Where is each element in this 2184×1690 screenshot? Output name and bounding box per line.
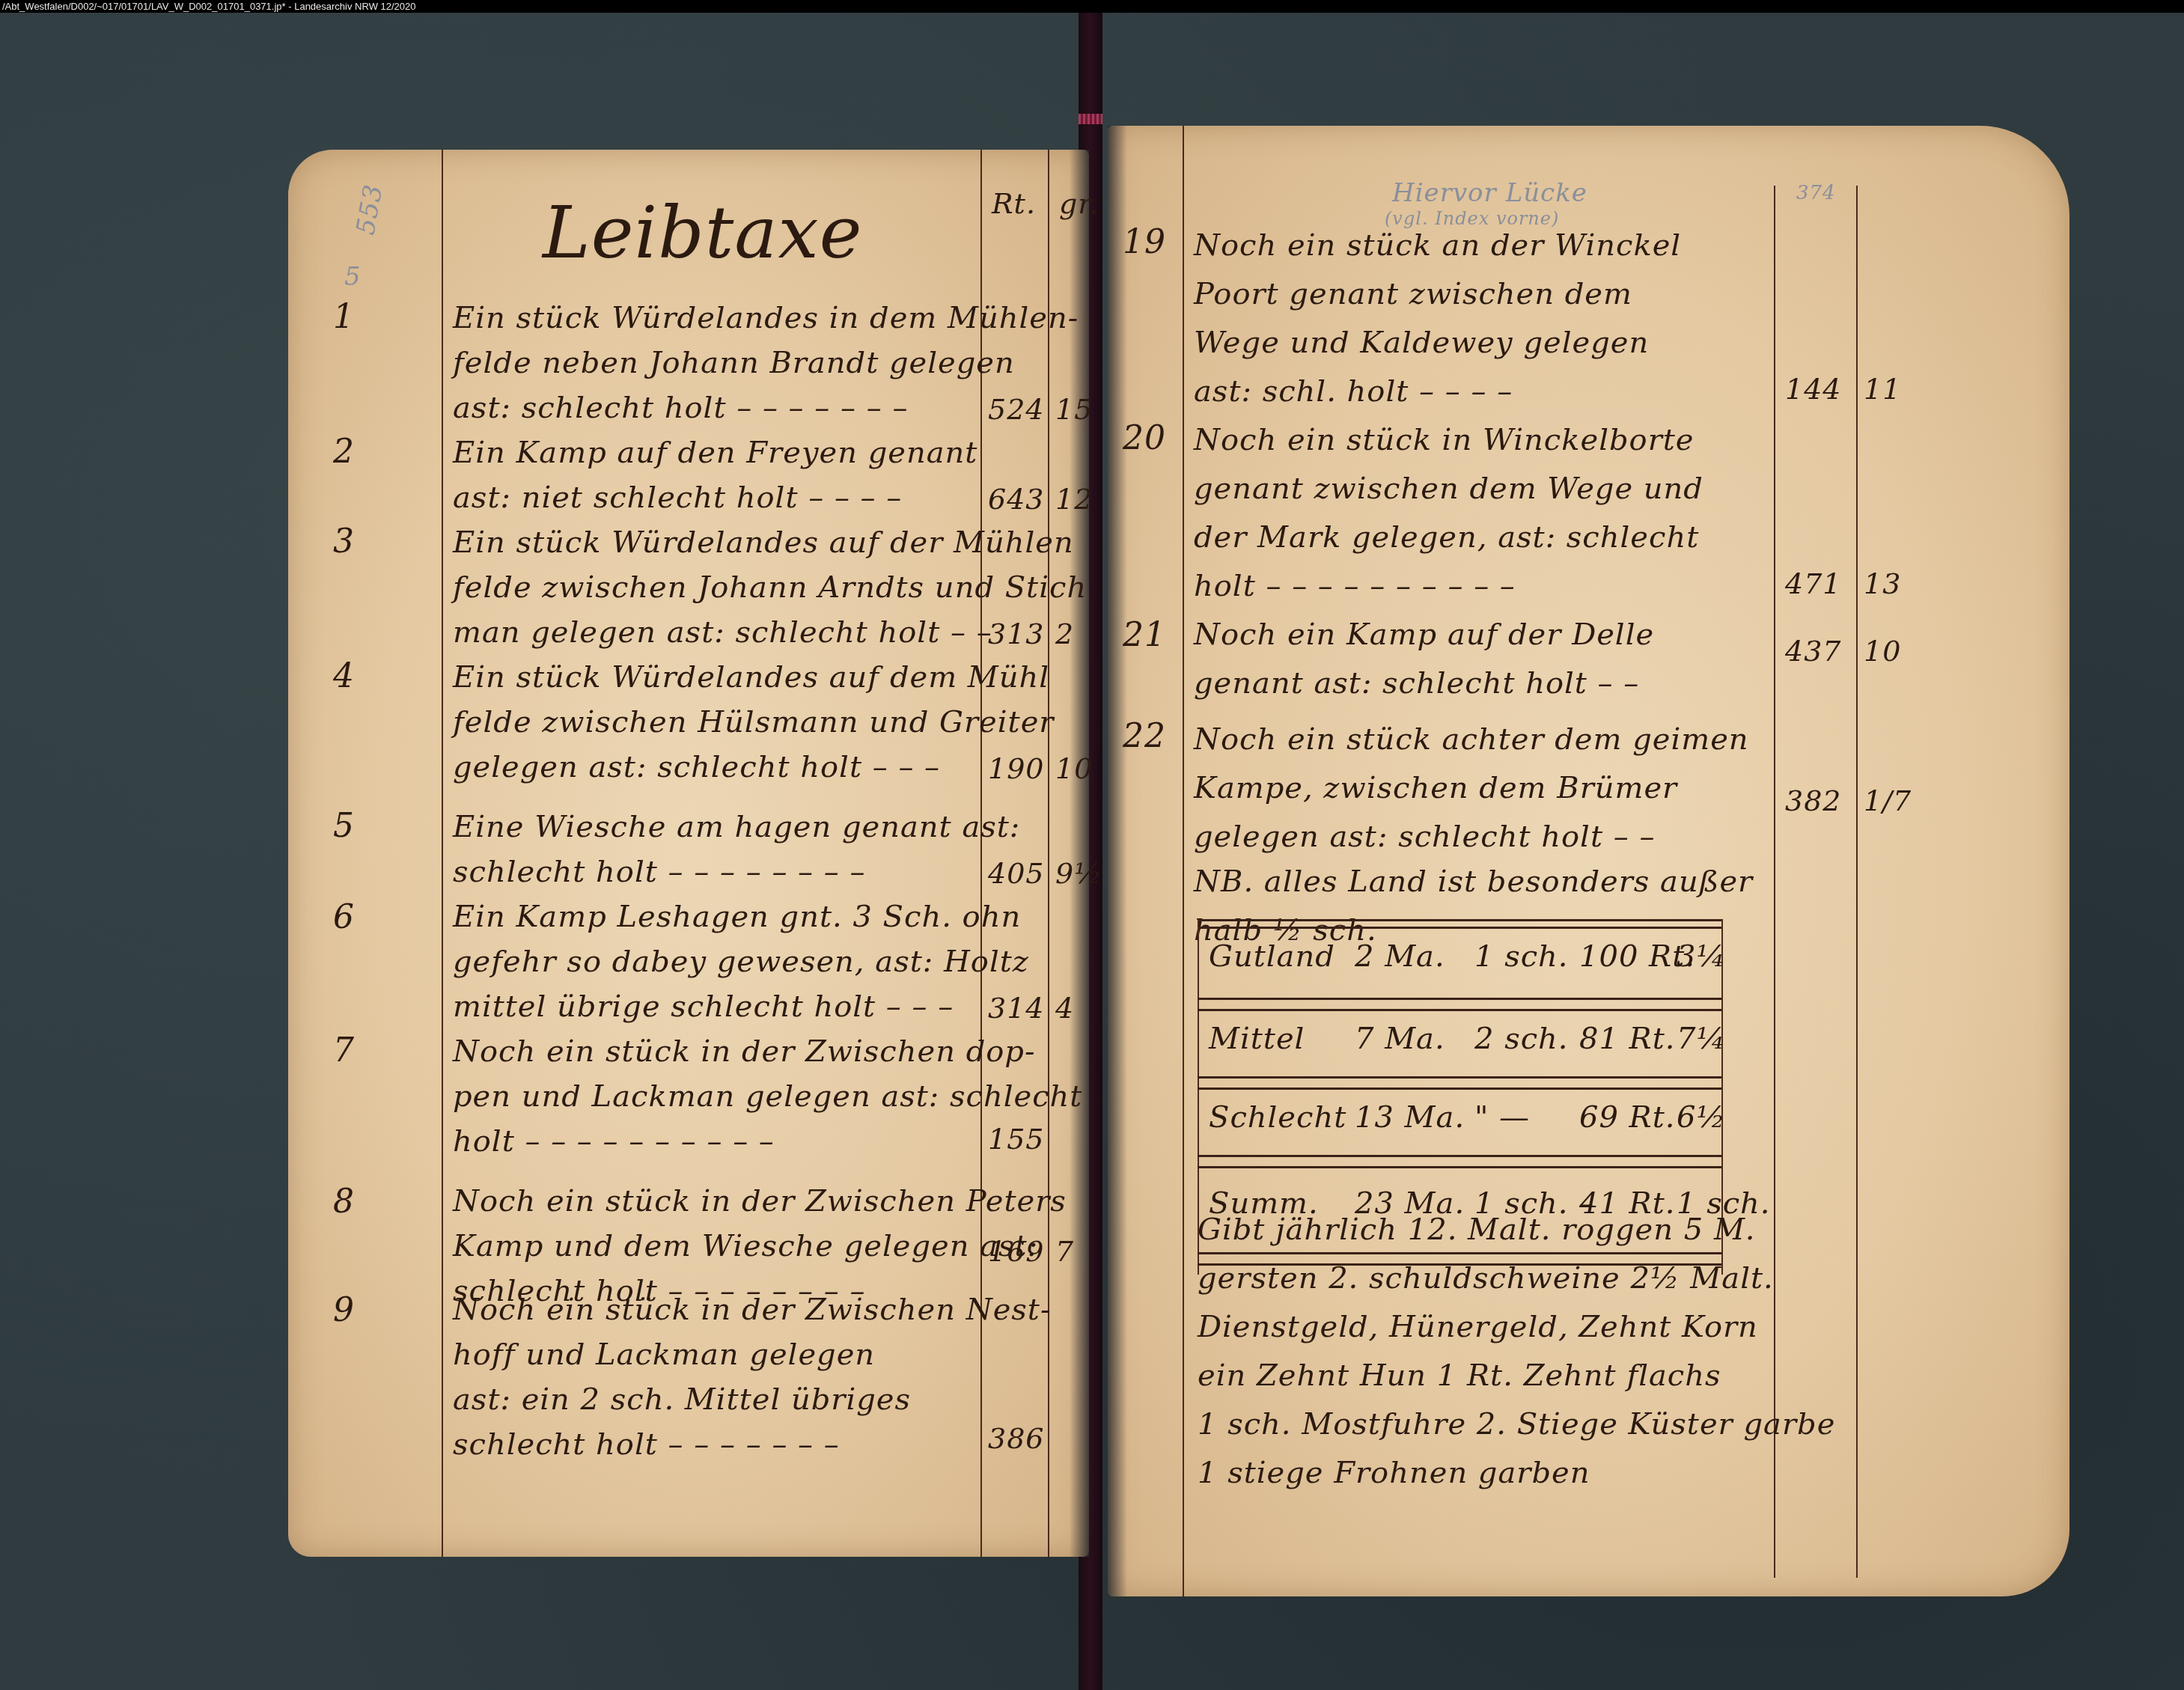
entry-number: 6 xyxy=(333,898,355,936)
entry-sub-amount: 10 xyxy=(1864,635,1901,668)
entry-line: Kamp und dem Wiesche gelegen ast: xyxy=(453,1231,1038,1261)
entry-line: Noch ein stück in der Zwischen Nest- xyxy=(453,1295,1051,1325)
row-fraction: 7¼ xyxy=(1677,1024,1726,1054)
pencil-mark: 553 xyxy=(350,182,388,237)
entry-number: 9 xyxy=(333,1291,355,1329)
entry-line: ast: schlecht holt – – – – – – – xyxy=(453,393,908,423)
entry-amount: 386 xyxy=(988,1422,1045,1455)
entry-number: 5 xyxy=(333,807,355,845)
row-value: 69 Rt. xyxy=(1579,1102,1676,1132)
paragraph-line: Gibt jährlich 12. Malt. roggen 5 M. xyxy=(1198,1215,1756,1245)
entry-line: gelegen ast: schlecht holt – – xyxy=(1194,822,1655,852)
entry-number: 4 xyxy=(333,657,355,695)
entry-line: Kampe, zwischen dem Brümer xyxy=(1194,773,1677,803)
entry-line: mittel übrige schlecht holt – – – xyxy=(453,992,954,1022)
entry-line: schlecht holt – – – – – – – xyxy=(453,1430,840,1459)
entry-sub-amount: 10 xyxy=(1055,752,1093,785)
entry-line: Wege und Kaldewey gelegen xyxy=(1194,328,1649,358)
paragraph-line: 1 sch. Mostfuhre 2. Stiege Küster garbe xyxy=(1198,1409,1835,1439)
row-measure: 2 Ma. xyxy=(1355,942,1445,971)
entry-amount: 314 xyxy=(988,992,1045,1025)
paragraph-line: ein Zehnt Hun 1 Rt. Zehnt flachs xyxy=(1198,1361,1721,1391)
entry-number: 20 xyxy=(1123,419,1166,457)
entry-line: Eine Wiesche am hagen genant ast: xyxy=(453,812,1020,842)
row-measure: 7 Ma. xyxy=(1355,1024,1445,1054)
sub-column-rule xyxy=(1048,150,1049,1557)
entry-number: 19 xyxy=(1123,223,1166,261)
column-header-gr: gr. xyxy=(1059,187,1099,220)
entry-line: pen und Lackman gelegen ast: schlecht xyxy=(453,1082,1082,1111)
right-page: Hiervor Lücke (vgl. Index vorne) 374 19 … xyxy=(1108,126,2069,1596)
entry-amount: 524 xyxy=(988,393,1045,426)
entry-line: Noch ein Kamp auf der Delle xyxy=(1194,620,1654,650)
entry-amount: 405 xyxy=(988,857,1045,890)
entry-line: Poort genant zwischen dem xyxy=(1194,279,1632,309)
table-rule xyxy=(1198,1155,1721,1157)
entry-amount: 155 xyxy=(988,1123,1045,1156)
entry-sub-amount: 9½ xyxy=(1055,857,1102,890)
paragraph-line: 1 stiege Frohnen garben xyxy=(1198,1458,1590,1488)
entry-line: felde zwischen Hülsmann und Greiter xyxy=(453,707,1054,737)
table-rule xyxy=(1198,1166,1721,1168)
entry-line: der Mark gelegen, ast: schlecht xyxy=(1194,522,1699,552)
table-rule xyxy=(1198,1076,1721,1079)
left-page: 553 5 Leibtaxe Rt. gr. 1 Ein stück Würde… xyxy=(288,150,1089,1557)
entry-line: Ein Kamp auf den Freyen genant xyxy=(453,438,977,468)
entry-line: Ein Kamp Leshagen gnt. 3 Sch. ohn xyxy=(453,902,1021,932)
row-measure: 13 Ma. xyxy=(1355,1102,1465,1132)
pencil-note: (vgl. Index vorne) xyxy=(1385,208,1559,229)
table-rule xyxy=(1198,1009,1721,1011)
sub-column-rule xyxy=(1856,186,1858,1578)
column-header-rt: Rt. xyxy=(992,187,1036,220)
row-scheffel: " — xyxy=(1474,1102,1530,1132)
gutter-shadow xyxy=(1108,126,1127,1596)
entry-line: Noch ein stück achter dem geimen xyxy=(1194,724,1749,754)
entry-line: felde zwischen Johann Arndts und Stich xyxy=(453,573,1087,603)
entry-line: Ein stück Würdelandes auf der Mühlen xyxy=(453,528,1074,558)
row-value: 81 Rt. xyxy=(1579,1024,1676,1054)
table-rule xyxy=(1198,927,1721,929)
gutter-shadow xyxy=(1070,150,1089,1557)
entry-line: Ein stück Würdelandes auf dem Mühl xyxy=(453,662,1049,692)
entry-amount: 643 xyxy=(988,483,1045,516)
table-rule xyxy=(1198,1087,1721,1090)
entry-line: holt – – – – – – – – – – xyxy=(1194,571,1516,601)
entry-sub-amount: 4 xyxy=(1055,992,1074,1025)
row-fraction: 6½ xyxy=(1677,1102,1726,1132)
image-path-title: /Abt_Westfalen/D002/~017/01701/LAV_W_D00… xyxy=(0,0,2184,13)
entry-number: 1 xyxy=(333,298,355,336)
paragraph-line: gersten 2. schuldschweine 2½ Malt. xyxy=(1198,1263,1774,1293)
entry-sub-amount: 2 xyxy=(1055,617,1074,650)
entry-amount: 471 xyxy=(1785,567,1842,600)
pencil-note: Hiervor Lücke xyxy=(1392,178,1587,208)
margin-rule xyxy=(1183,126,1184,1596)
row-label: Gutland xyxy=(1209,942,1335,971)
entry-amount: 190 xyxy=(988,752,1045,785)
entry-amount: 169 xyxy=(988,1235,1045,1268)
pencil-folio-number: 374 xyxy=(1796,182,1836,204)
table-rule xyxy=(1198,919,1721,921)
table-rule xyxy=(1198,998,1721,1000)
paragraph-line: Dienstgeld, Hünergeld, Zehnt Korn xyxy=(1198,1312,1758,1342)
entry-line: Noch ein stück in Winckelborte xyxy=(1194,425,1695,455)
row-label: Mittel xyxy=(1209,1024,1305,1054)
entry-line: holt – – – – – – – – – – xyxy=(453,1126,775,1156)
amount-column-rule xyxy=(1774,186,1775,1578)
entry-sub-amount: 7 xyxy=(1055,1235,1074,1268)
entry-sub-amount: 11 xyxy=(1864,373,1901,406)
entry-line: genant zwischen dem Wege und xyxy=(1194,474,1703,504)
entry-amount: 382 xyxy=(1785,784,1842,817)
table-rule xyxy=(1198,1252,1721,1254)
row-scheffel: 1 sch. xyxy=(1474,942,1569,971)
entry-number: 3 xyxy=(333,522,355,561)
entry-line: gelegen ast: schlecht holt – – – xyxy=(453,752,940,782)
entry-number: 22 xyxy=(1123,717,1166,755)
entry-number: 8 xyxy=(333,1183,355,1221)
entry-line: ast: niet schlecht holt – – – – xyxy=(453,483,902,513)
entry-number: 2 xyxy=(333,433,355,471)
entry-amount: 144 xyxy=(1785,373,1842,406)
row-scheffel: 2 sch. xyxy=(1474,1024,1569,1054)
entry-line: man gelegen ast: schlecht holt – – xyxy=(453,617,992,647)
entry-line: ast: ein 2 sch. Mittel übriges xyxy=(453,1385,911,1415)
entry-amount: 313 xyxy=(988,617,1045,650)
entry-line: hoff und Lackman gelegen xyxy=(453,1340,875,1370)
entry-sub-amount: 13 xyxy=(1864,567,1901,600)
entry-line: Noch ein stück in der Zwischen Peters xyxy=(453,1186,1067,1216)
margin-rule xyxy=(442,150,443,1557)
entry-line: Noch ein stück an der Winckel xyxy=(1194,231,1681,260)
entry-number: 21 xyxy=(1123,616,1166,654)
entry-line: gefehr so dabey gewesen, ast: Holtz xyxy=(453,947,1029,977)
entry-line: genant ast: schlecht holt – – xyxy=(1194,668,1639,698)
entry-line: Noch ein stück in der Zwischen dop- xyxy=(453,1037,1035,1067)
nota-bene-line: NB. alles Land ist besonders außer xyxy=(1194,867,1753,897)
entry-sub-amount: 15 xyxy=(1055,393,1093,426)
page-title: Leibtaxe xyxy=(543,191,862,275)
entry-amount: 437 xyxy=(1785,635,1842,668)
entry-number: 7 xyxy=(333,1031,355,1070)
entry-line: schlecht holt – – – – – – – – xyxy=(453,857,866,887)
row-label: Schlecht xyxy=(1209,1102,1346,1132)
row-fraction: 3¼ xyxy=(1677,942,1726,971)
pencil-mark: 5 xyxy=(344,262,362,292)
entry-sub-amount: 12 xyxy=(1055,483,1093,516)
entry-line: ast: schl. holt – – – – xyxy=(1194,376,1513,406)
entry-sub-amount: 1/7 xyxy=(1864,784,1912,817)
entry-line: felde neben Johann Brandt gelegen xyxy=(453,348,1015,378)
entry-line: Ein stück Würdelandes in dem Mühlen- xyxy=(453,303,1079,333)
